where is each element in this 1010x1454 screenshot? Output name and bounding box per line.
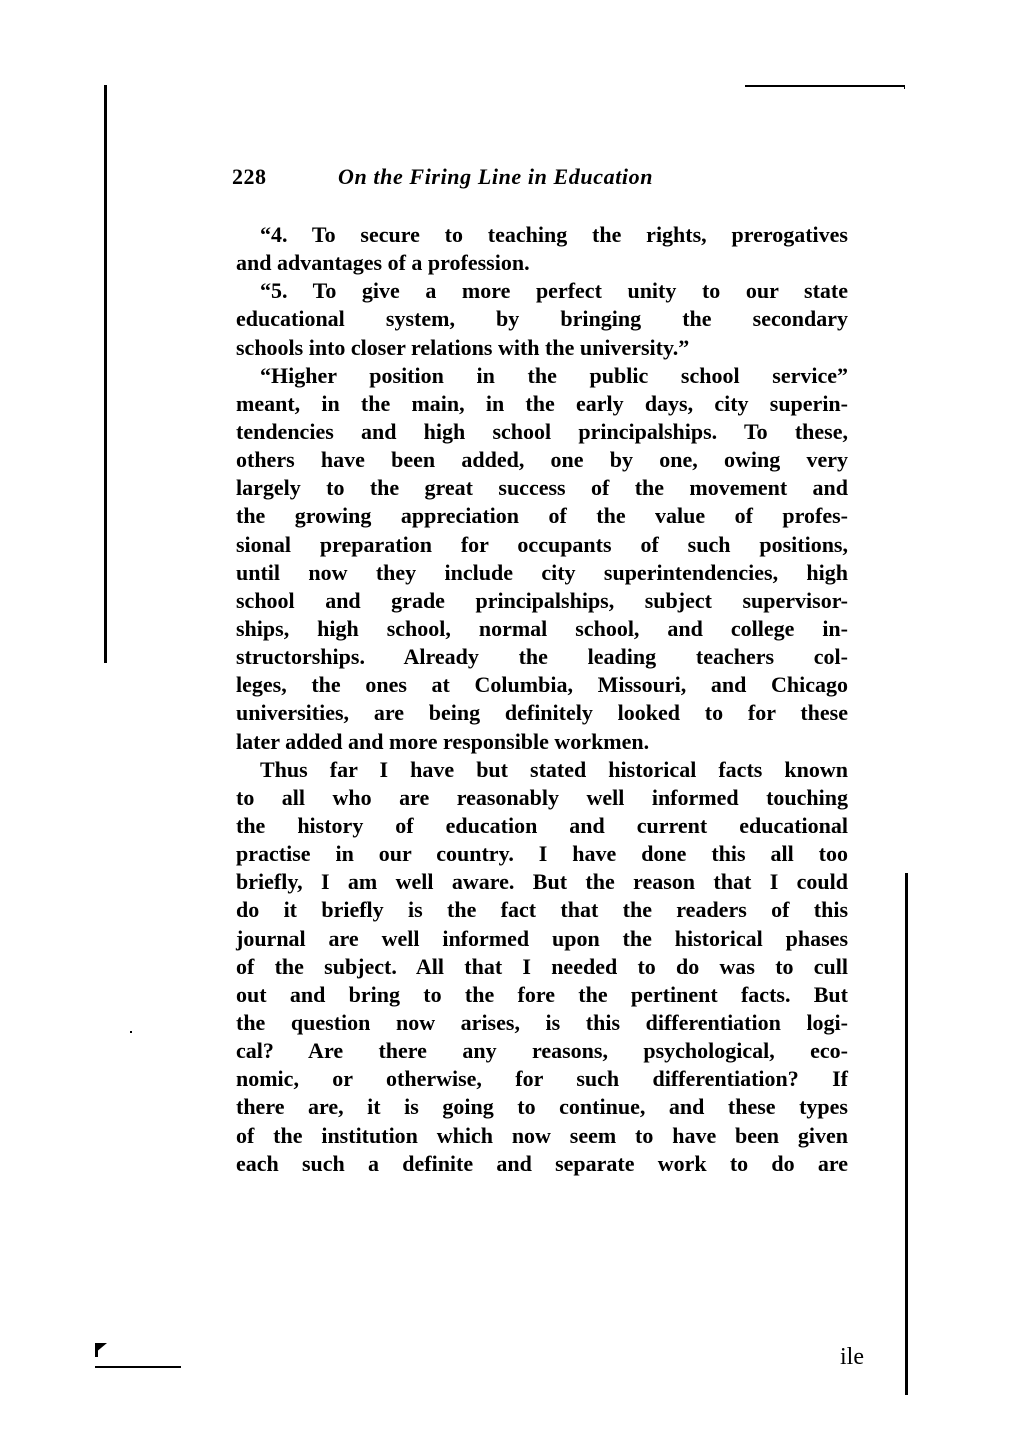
text-line: structorships. Already the leading teach… bbox=[236, 643, 848, 671]
text-line: until now they include city superintende… bbox=[236, 559, 848, 587]
scan-top-rule-tick bbox=[904, 85, 905, 89]
text-line: largely to the great success of the move… bbox=[236, 474, 848, 502]
text-line: nomic, or otherwise, for such differenti… bbox=[236, 1065, 848, 1093]
text-line: the history of education and current edu… bbox=[236, 812, 848, 840]
scan-top-rule bbox=[745, 85, 905, 87]
text-line: practise in our country. I have done thi… bbox=[236, 840, 848, 868]
edge-text-fragment: ile bbox=[840, 1344, 864, 1371]
text-line: school and grade principalships, subject… bbox=[236, 587, 848, 615]
scan-speck bbox=[130, 1031, 132, 1033]
page-number: 228 bbox=[232, 164, 267, 190]
text-line: Thus far I have but stated historical fa… bbox=[236, 756, 848, 784]
text-line: there are, it is going to continue, and … bbox=[236, 1093, 848, 1121]
text-line: “5. To give a more perfect unity to our … bbox=[236, 277, 848, 305]
body-text: “4. To secure to teaching the rights, pr… bbox=[236, 221, 848, 1178]
scan-edge-right-bar bbox=[905, 873, 908, 1395]
text-line: cal? Are there any reasons, psychologica… bbox=[236, 1037, 848, 1065]
scan-bottom-rule bbox=[95, 1366, 181, 1368]
book-title: On the Firing Line in Education bbox=[338, 164, 653, 190]
text-line: of the subject. All that I needed to do … bbox=[236, 953, 848, 981]
text-line: later added and more responsible workmen… bbox=[236, 728, 848, 756]
text-line: “Higher position in the public school se… bbox=[236, 362, 848, 390]
text-line: ships, high school, normal school, and c… bbox=[236, 615, 848, 643]
text-line: tendencies and high school principalship… bbox=[236, 418, 848, 446]
text-line: do it briefly is the fact that the reade… bbox=[236, 896, 848, 924]
text-line: each such a definite and separate work t… bbox=[236, 1150, 848, 1178]
text-line: of the institution which now seem to hav… bbox=[236, 1122, 848, 1150]
text-line: the question now arises, is this differe… bbox=[236, 1009, 848, 1037]
text-line: journal are well informed upon the histo… bbox=[236, 925, 848, 953]
text-line: others have been added, one by one, owin… bbox=[236, 446, 848, 474]
text-line: schools into closer relations with the u… bbox=[236, 334, 848, 362]
scan-edge-left-bar bbox=[104, 85, 107, 663]
text-line: universities, are being definitely looke… bbox=[236, 699, 848, 727]
text-line: and advantages of a profession. bbox=[236, 249, 848, 277]
text-line: briefly, I am well aware. But the reason… bbox=[236, 868, 848, 896]
text-line: “4. To secure to teaching the rights, pr… bbox=[236, 221, 848, 249]
scan-corner-stem bbox=[95, 1343, 98, 1357]
text-line: meant, in the main, in the early days, c… bbox=[236, 390, 848, 418]
text-line: leges, the ones at Columbia, Missouri, a… bbox=[236, 671, 848, 699]
text-line: sional preparation for occupants of such… bbox=[236, 531, 848, 559]
text-line: to all who are reasonably well informed … bbox=[236, 784, 848, 812]
running-head: 228 On the Firing Line in Education bbox=[232, 164, 852, 196]
text-line: out and bring to the fore the pertinent … bbox=[236, 981, 848, 1009]
text-line: the growing appreciation of the value of… bbox=[236, 502, 848, 530]
text-line: educational system, by bringing the seco… bbox=[236, 305, 848, 333]
